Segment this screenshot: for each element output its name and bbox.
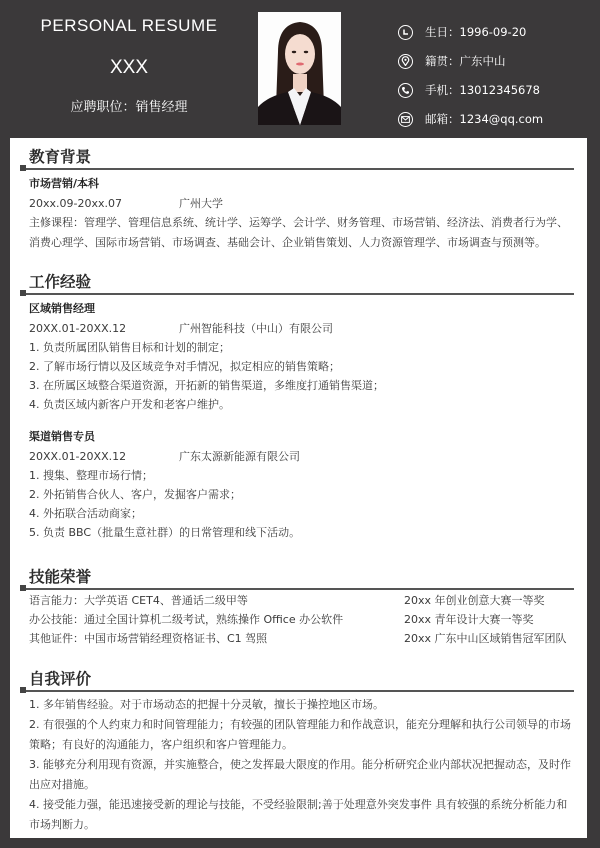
skill-item: 办公技能：通过全国计算机二级考试，熟练操作 Office 办公软件 — [29, 610, 404, 629]
skills-content: 语言能力：大学英语 CET4、普通话二级甲等 20xx 年创业创意大赛一等奖 办… — [29, 591, 567, 648]
job-duty: 5. 负责 BBC（批量生意社群）的日常管理和线下活动。 — [29, 523, 300, 542]
section-title: 技能荣誉 — [29, 565, 91, 587]
education-courses: 主修课程：管理学、管理信息系统、统计学、运筹学、会计学、财务管理、市场营销、经济… — [29, 213, 569, 253]
section-skills-head: 技能荣誉 — [10, 558, 587, 588]
skills-row: 语言能力：大学英语 CET4、普通话二级甲等 20xx 年创业创意大赛一等奖 — [29, 591, 567, 610]
skills-row: 办公技能：通过全国计算机二级考试，熟练操作 Office 办公软件 20xx 青… — [29, 610, 567, 629]
section-title: 自我评价 — [29, 667, 91, 689]
header-title-block: PERSONAL RESUME XXX 应聘职位：销售经理 — [0, 0, 258, 130]
self-eval-item: 4. 接受能力强，能迅速接受新的理论与技能，不受经验限制;善于处理意外突发事件 … — [29, 795, 574, 835]
clock-icon — [398, 25, 413, 40]
section-education-head: 教育背景 — [10, 138, 587, 168]
contact-birthday: 生日：1996-09-20 — [398, 17, 543, 47]
job-entry-2: 渠道销售专员 20XX.01-20XX.12 广东太源新能源有限公司 1. 搜集… — [29, 427, 300, 542]
job-duty: 2. 了解市场行情以及区域竞争对手情况，拟定相应的销售策略； — [29, 357, 384, 376]
email-icon — [398, 112, 413, 127]
job-position: 区域销售经理 — [29, 299, 384, 319]
education-content: 市场营销/本科 20xx.09-20xx.07 广州大学 主修课程：管理学、管理… — [29, 174, 569, 253]
job-duty: 2. 外拓销售合伙人、客户，发掘客户需求； — [29, 485, 300, 504]
self-eval-content: 1. 多年销售经验。对于市场动态的把握十分灵敏，擅长于操控地区市场。 2. 有很… — [29, 695, 574, 835]
section-marker-square — [20, 687, 26, 693]
job-date: 20XX.01-20XX.12 — [29, 319, 179, 338]
section-self-evaluation: 自我评价 1. 多年销售经验。对于市场动态的把握十分灵敏，擅长于操控地区市场。 … — [10, 660, 587, 690]
self-eval-item: 3. 能够充分利用现有资源，并实施整合，使之发挥最大限度的作用。能分析研究企业内… — [29, 755, 574, 795]
job-date-row: 20XX.01-20XX.12 广州智能科技（中山）有限公司 — [29, 319, 384, 338]
contact-birthday-text: 生日：1996-09-20 — [425, 24, 526, 40]
education-date: 20xx.09-20xx.07 — [29, 194, 179, 213]
section-experience-head: 工作经验 — [10, 263, 587, 293]
skill-item: 语言能力：大学英语 CET4、普通话二级甲等 — [29, 591, 404, 610]
honor-item: 20xx 广东中山区域销售冠军团队 — [404, 629, 567, 648]
section-divider — [20, 168, 574, 170]
job-date: 20XX.01-20XX.12 — [29, 447, 179, 466]
section-marker-square — [20, 585, 26, 591]
honor-item: 20xx 年创业创意大赛一等奖 — [404, 591, 545, 610]
resume-title: PERSONAL RESUME — [0, 16, 258, 36]
job-duty: 1. 负责所属团队销售目标和计划的制定； — [29, 338, 384, 357]
contact-email-text[interactable]: 邮箱：1234@qq.com — [425, 111, 543, 127]
education-major: 市场营销/本科 — [29, 174, 569, 194]
job-company: 广东太源新能源有限公司 — [179, 447, 300, 466]
section-marker-square — [20, 165, 26, 171]
job-entry-1: 区域销售经理 20XX.01-20XX.12 广州智能科技（中山）有限公司 1.… — [29, 299, 384, 414]
profile-photo — [258, 12, 341, 125]
self-eval-item: 1. 多年销售经验。对于市场动态的把握十分灵敏，擅长于操控地区市场。 — [29, 695, 574, 715]
contact-hometown: 籍贯：广东中山 — [398, 46, 543, 76]
skill-item: 其他证件：中国市场营销经理资格证书、C1 驾照 — [29, 629, 404, 648]
section-divider — [20, 690, 574, 692]
location-pin-icon — [398, 54, 413, 69]
section-title: 工作经验 — [29, 270, 91, 292]
education-date-row: 20xx.09-20xx.07 广州大学 — [29, 194, 569, 213]
section-marker-square — [20, 290, 26, 296]
section-education: 教育背景 市场营销/本科 20xx.09-20xx.07 广州大学 主修课程：管… — [10, 138, 587, 168]
job-duty: 4. 负责区域内新客户开发和老客户维护。 — [29, 395, 384, 414]
contact-email: 邮箱：1234@qq.com — [398, 104, 543, 134]
honor-item: 20xx 青年设计大赛一等奖 — [404, 610, 534, 629]
section-divider — [20, 293, 574, 295]
self-eval-item: 2. 有很强的个人约束力和时间管理能力；有较强的团队管理能力和作战意识，能充分理… — [29, 715, 574, 755]
job-target: 应聘职位：销售经理 — [0, 96, 258, 115]
section-divider — [20, 588, 574, 590]
job-company: 广州智能科技（中山）有限公司 — [179, 319, 333, 338]
contact-list: 生日：1996-09-20 籍贯：广东中山 手机：13012345678 邮箱：… — [398, 17, 543, 134]
contact-phone: 手机：13012345678 — [398, 75, 543, 105]
resume-header: PERSONAL RESUME XXX 应聘职位：销售经理 — [0, 0, 600, 138]
phone-icon — [398, 83, 413, 98]
section-experience: 工作经验 区域销售经理 20XX.01-20XX.12 广州智能科技（中山）有限… — [10, 263, 587, 293]
job-date-row: 20XX.01-20XX.12 广东太源新能源有限公司 — [29, 447, 300, 466]
section-skills: 技能荣誉 语言能力：大学英语 CET4、普通话二级甲等 20xx 年创业创意大赛… — [10, 558, 587, 588]
job-duty: 3. 在所属区域整合渠道资源，开拓新的销售渠道，多维度打通销售渠道； — [29, 376, 384, 395]
contact-hometown-text: 籍贯：广东中山 — [425, 53, 506, 69]
job-position: 渠道销售专员 — [29, 427, 300, 447]
job-duty: 4. 外拓联合活动商家； — [29, 504, 300, 523]
contact-phone-text[interactable]: 手机：13012345678 — [425, 82, 540, 98]
section-self-evaluation-head: 自我评价 — [10, 660, 587, 690]
person-name: XXX — [0, 57, 258, 79]
education-school: 广州大学 — [179, 194, 223, 213]
section-title: 教育背景 — [29, 145, 91, 167]
job-duty: 1. 搜集、整理市场行情； — [29, 466, 300, 485]
resume-body-card: 教育背景 市场营销/本科 20xx.09-20xx.07 广州大学 主修课程：管… — [10, 138, 587, 838]
skills-row: 其他证件：中国市场营销经理资格证书、C1 驾照 20xx 广东中山区域销售冠军团… — [29, 629, 567, 648]
